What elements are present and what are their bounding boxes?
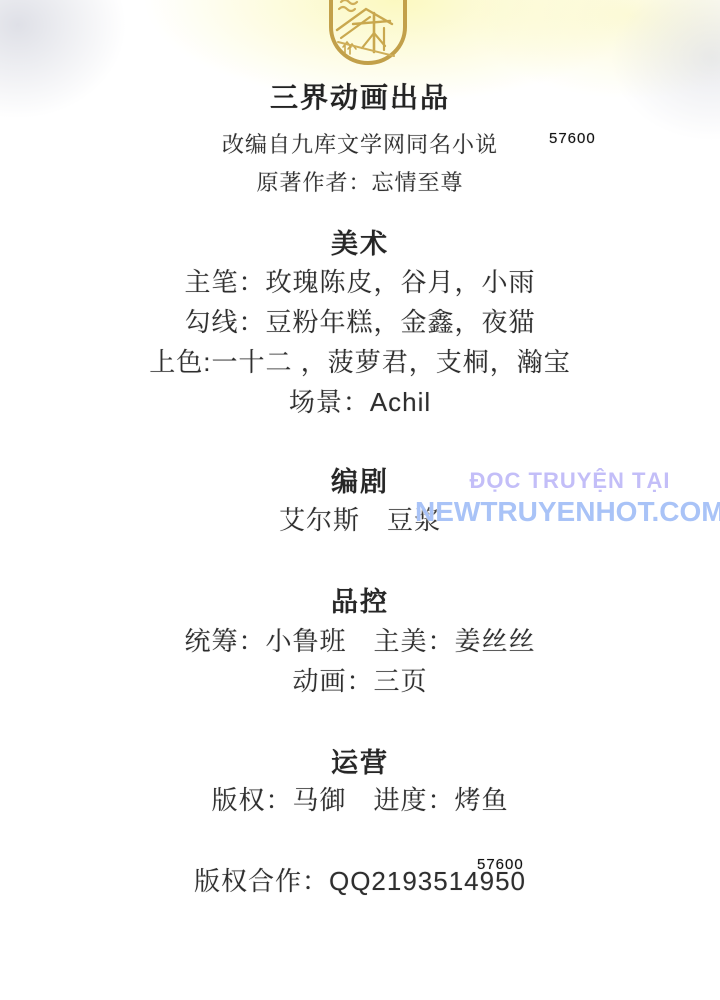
credits-page: { "page": { "publisher": "三界动画出品", "adap… <box>0 0 720 1000</box>
publisher-title: 三界动画出品 <box>0 76 720 116</box>
copyright-contact-line: 版权合作：QQ2193514950 <box>0 861 720 898</box>
section-heading-operations: 运营 <box>0 741 720 780</box>
code-number-top: 57600 <box>549 130 596 147</box>
credit-line-colorists: 上色:一十二 ，菠萝君，支桐，瀚宝 <box>0 342 720 379</box>
credit-line-backgrounds: 场景：Achil <box>0 382 720 419</box>
credit-line-line-artists: 勾线：豆粉年糕，金鑫，夜猫 <box>0 302 720 339</box>
adaptation-note: 改编自九库文学网同名小说 <box>0 128 720 159</box>
credit-line-lead-artists: 主笔：玫瑰陈皮，谷月，小雨 <box>0 262 720 299</box>
credit-line-animation: 动画：三页 <box>0 661 720 698</box>
section-heading-art: 美术 <box>0 222 720 261</box>
section-heading-qc: 品控 <box>0 580 720 619</box>
studio-emblem-icon <box>326 0 410 70</box>
code-number-bottom: 57600 <box>477 856 524 873</box>
credit-line-copyright-progress: 版权：马御 进度：烤鱼 <box>0 780 720 817</box>
watermark-tagline: ĐỌC TRUYỆN TẠI <box>430 468 710 494</box>
watermark-site-name: NEWTRUYENHOT.COM <box>415 496 715 528</box>
credit-line-coordinator: 统筹：小鲁班 主美：姜丝丝 <box>0 621 720 658</box>
original-author: 原著作者：忘情至尊 <box>0 166 720 197</box>
